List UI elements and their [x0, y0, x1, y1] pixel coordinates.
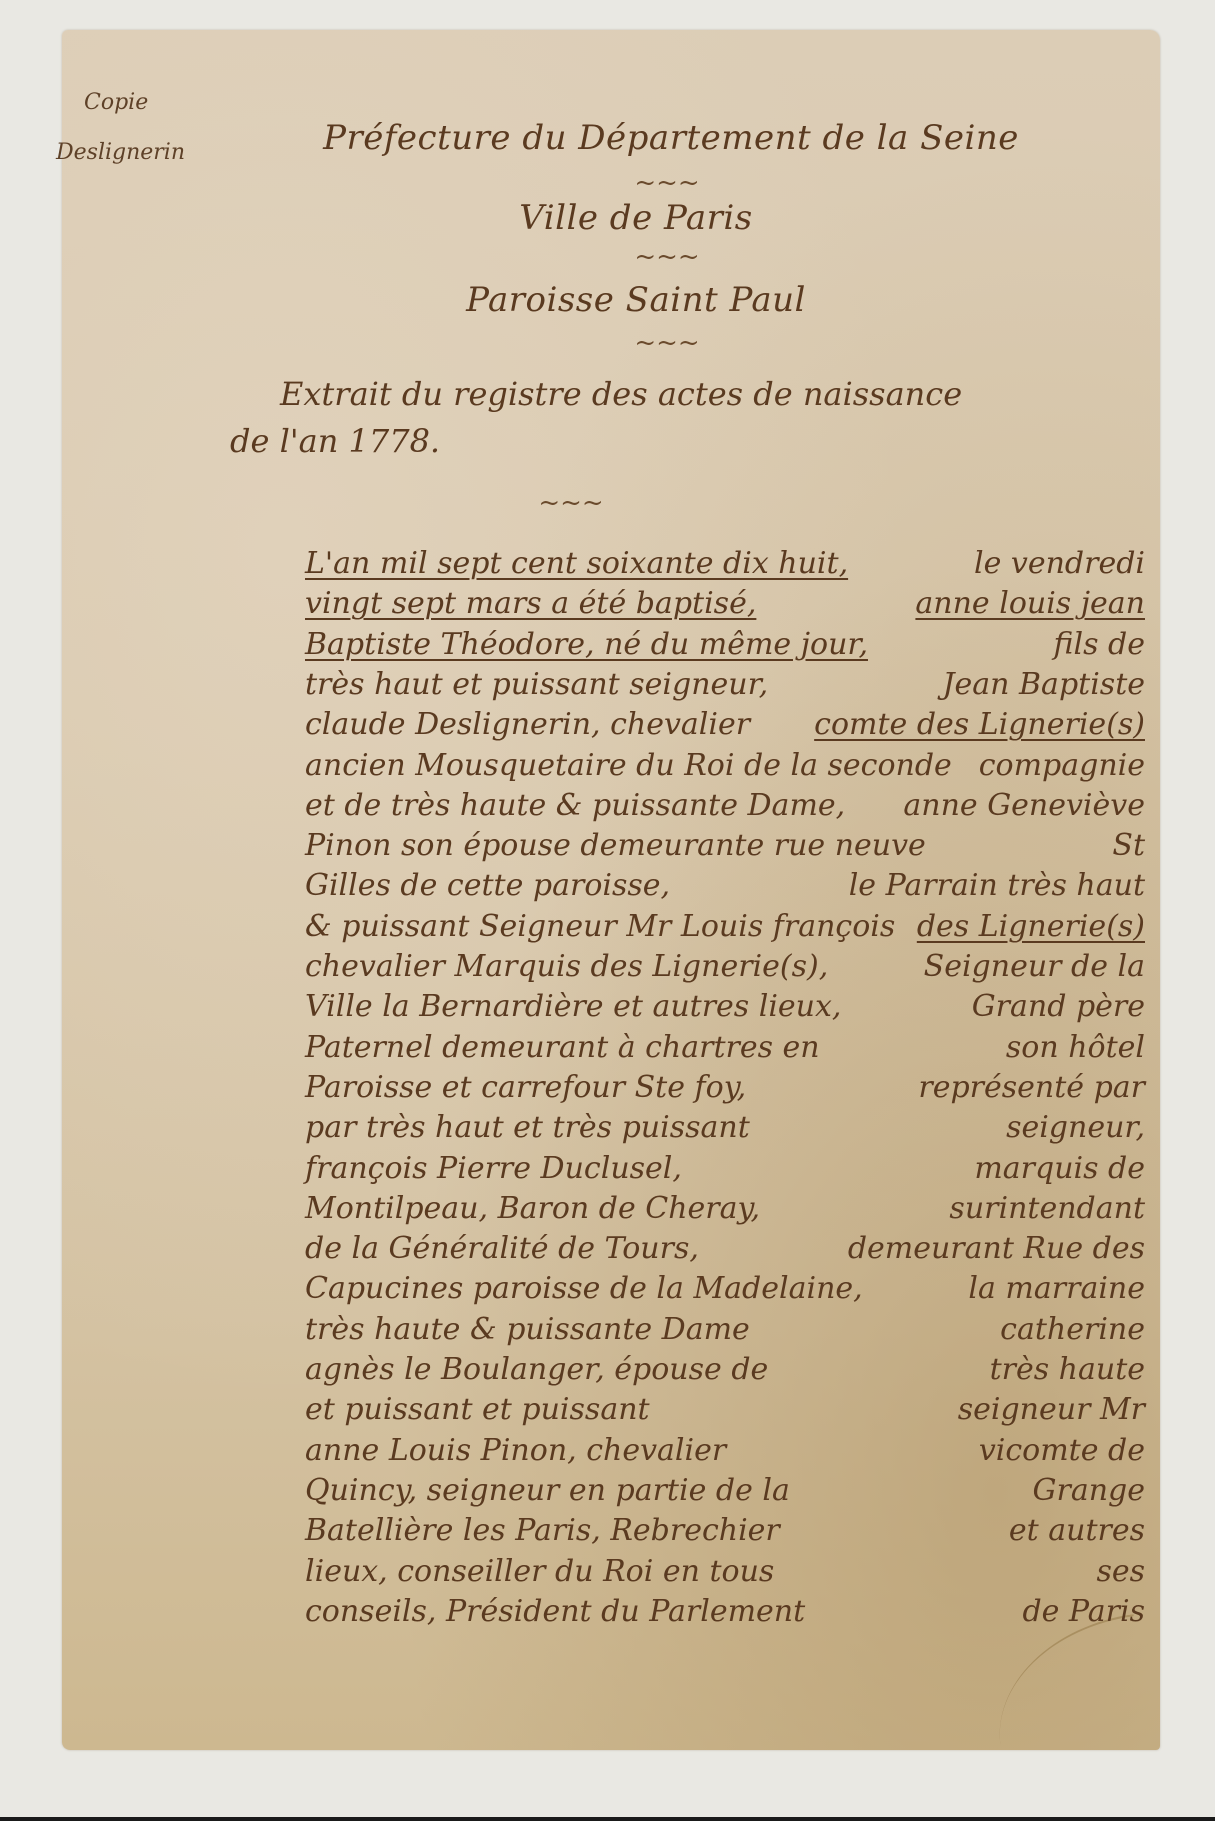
- extract-title-line2: de l'an 1778.: [230, 422, 440, 460]
- record-line-start: vingt sept mars a été baptisé,: [305, 585, 756, 623]
- record-line: & puissant Seigneur Mr Louis françoisdes…: [305, 908, 1145, 946]
- record-line-start: Paternel demeurant à chartres en: [305, 1029, 820, 1067]
- record-line-start: chevalier Marquis des Lignerie(s),: [305, 948, 828, 986]
- record-line: ancien Mousquetaire du Roi de la seconde…: [305, 747, 1145, 785]
- bottom-border: [0, 1817, 1215, 1821]
- record-line-start: très haute & puissante Dame: [305, 1311, 750, 1349]
- record-line-start: conseils, Président du Parlement: [305, 1593, 805, 1631]
- record-line-end: anne Geneviève: [903, 787, 1145, 825]
- record-line-end: seigneur Mr: [958, 1391, 1145, 1429]
- heading-paroisse: Paroisse Saint Paul: [62, 280, 1160, 320]
- record-line: et puissant et puissantseigneur Mr: [305, 1391, 1145, 1429]
- record-line-start: anne Louis Pinon, chevalier: [305, 1432, 726, 1470]
- record-line-end: le vendredi: [974, 545, 1145, 583]
- record-line-end: et autres: [1009, 1512, 1145, 1550]
- record-line: et de très haute & puissante Dame,anne G…: [305, 787, 1145, 825]
- extract-title-line1: Extrait du registre des actes de naissan…: [280, 375, 962, 413]
- record-line-start: & puissant Seigneur Mr Louis françois: [305, 908, 895, 946]
- record-line-start: françois Pierre Duclusel,: [305, 1150, 682, 1188]
- record-line-end: ses: [1096, 1553, 1145, 1591]
- record-line-end: Jean Baptiste: [942, 666, 1145, 704]
- record-line-end: son hôtel: [1006, 1029, 1145, 1067]
- record-line: conseils, Président du Parlementde Paris: [305, 1593, 1145, 1631]
- record-line-start: Baptiste Théodore, né du même jour,: [305, 626, 868, 664]
- heading-prefecture: Préfecture du Département de la Seine: [62, 118, 1160, 158]
- record-line: Paroisse et carrefour Ste foy,représenté…: [305, 1069, 1145, 1107]
- record-line-end: comte des Lignerie(s): [814, 706, 1145, 744]
- record-line-start: et puissant et puissant: [305, 1391, 650, 1429]
- record-line-end: Grange: [1033, 1472, 1145, 1510]
- divider-3: ~~~: [634, 330, 699, 356]
- record-line-start: ancien Mousquetaire du Roi de la seconde: [305, 747, 952, 785]
- record-line-end: Seigneur de la: [924, 948, 1145, 986]
- record-line: Pinon son épouse demeurante rue neuveSt: [305, 827, 1145, 865]
- record-line-start: Ville la Bernardière et autres lieux,: [305, 988, 841, 1026]
- record-line-start: de la Généralité de Tours,: [305, 1230, 699, 1268]
- record-line-start: par très haut et très puissant: [305, 1109, 750, 1147]
- record-line-end: catherine: [1000, 1311, 1145, 1349]
- record-line: agnès le Boulanger, épouse detrès haute: [305, 1351, 1145, 1389]
- record-line: par très haut et très puissantseigneur,: [305, 1109, 1145, 1147]
- record-line-end: représenté par: [918, 1069, 1145, 1107]
- margin-note-copie: Copie: [84, 90, 148, 115]
- record-line: anne Louis Pinon, chevaliervicomte de: [305, 1432, 1145, 1470]
- record-line: Quincy, seigneur en partie de laGrange: [305, 1472, 1145, 1510]
- record-line: Gilles de cette paroisse,le Parrain très…: [305, 867, 1145, 905]
- record-line-start: et de très haute & puissante Dame,: [305, 787, 845, 825]
- divider-4: ~~~: [538, 490, 603, 516]
- record-line-start: Paroisse et carrefour Ste foy,: [305, 1069, 746, 1107]
- record-line: Batellière les Paris, Rebrechieret autre…: [305, 1512, 1145, 1550]
- record-line-end: la marraine: [968, 1270, 1145, 1308]
- record-line: chevalier Marquis des Lignerie(s),Seigne…: [305, 948, 1145, 986]
- record-line: très haute & puissante Damecatherine: [305, 1311, 1145, 1349]
- record-line-end: le Parrain très haut: [849, 867, 1145, 905]
- record-line: très haut et puissant seigneur,Jean Bapt…: [305, 666, 1145, 704]
- divider-2: ~~~: [634, 244, 699, 270]
- record-line: L'an mil sept cent soixante dix huit,le …: [305, 545, 1145, 583]
- divider-1: ~~~: [634, 170, 699, 196]
- record-line-start: L'an mil sept cent soixante dix huit,: [305, 545, 848, 583]
- record-line-end: de Paris: [1022, 1593, 1145, 1631]
- record-line-end: très haute: [990, 1351, 1145, 1389]
- record-line: Baptiste Théodore, né du même jour,fils …: [305, 626, 1145, 664]
- record-line-end: marquis de: [974, 1150, 1145, 1188]
- record-line-start: Montilpeau, Baron de Cheray,: [305, 1190, 760, 1228]
- record-line-end: compagnie: [979, 747, 1145, 785]
- record-line-start: Gilles de cette paroisse,: [305, 867, 670, 905]
- record-line: claude Deslignerin, chevaliercomte des L…: [305, 706, 1145, 744]
- record-line-start: lieux, conseiller du Roi en tous: [305, 1553, 774, 1591]
- record-line: Paternel demeurant à chartres enson hôte…: [305, 1029, 1145, 1067]
- record-line-start: Capucines paroisse de la Madelaine,: [305, 1270, 863, 1308]
- record-line-end: des Lignerie(s): [917, 908, 1145, 946]
- record-line: Montilpeau, Baron de Cheray,surintendant: [305, 1190, 1145, 1228]
- record-line-end: anne louis jean: [915, 585, 1145, 623]
- record-line: de la Généralité de Tours,demeurant Rue …: [305, 1230, 1145, 1268]
- record-line: françois Pierre Duclusel,marquis de: [305, 1150, 1145, 1188]
- record-line-end: St: [1112, 827, 1145, 865]
- heading-ville: Ville de Paris: [62, 198, 1160, 238]
- record-line-start: Batellière les Paris, Rebrechier: [305, 1512, 780, 1550]
- record-line-end: demeurant Rue des: [848, 1230, 1145, 1268]
- record-line-end: vicomte de: [979, 1432, 1145, 1470]
- record-line: Ville la Bernardière et autres lieux,Gra…: [305, 988, 1145, 1026]
- record-line-start: Quincy, seigneur en partie de la: [305, 1472, 790, 1510]
- record-line-end: surintendant: [949, 1190, 1145, 1228]
- record-line: Capucines paroisse de la Madelaine,la ma…: [305, 1270, 1145, 1308]
- record-line-start: Pinon son épouse demeurante rue neuve: [305, 827, 926, 865]
- record-line-end: seigneur,: [1006, 1109, 1145, 1147]
- record-line-start: claude Deslignerin, chevalier: [305, 706, 750, 744]
- record-line: vingt sept mars a été baptisé,anne louis…: [305, 585, 1145, 623]
- record-line-start: agnès le Boulanger, épouse de: [305, 1351, 768, 1389]
- record-line-end: Grand père: [972, 988, 1145, 1026]
- record-line: lieux, conseiller du Roi en tousses: [305, 1553, 1145, 1591]
- record-line-end: fils de: [1054, 626, 1146, 664]
- record-line-start: très haut et puissant seigneur,: [305, 666, 768, 704]
